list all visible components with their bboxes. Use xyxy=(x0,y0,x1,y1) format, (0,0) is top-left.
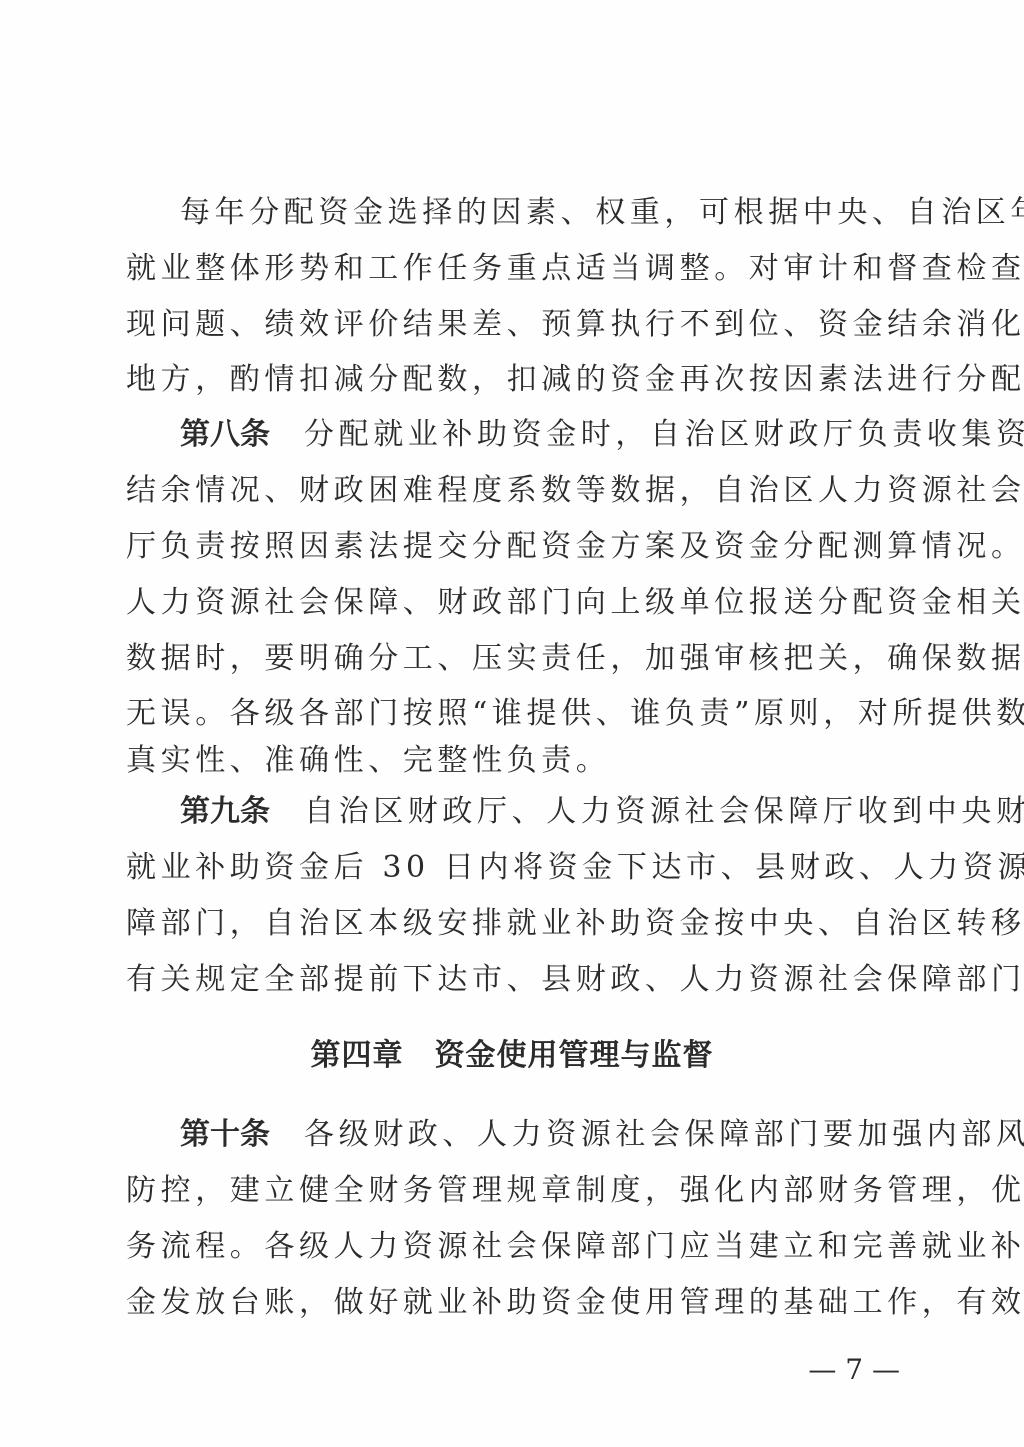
article-10-first-line: 第十条各级财政、人力资源社会保障部门要加强内部风险 xyxy=(180,1115,898,1155)
page-number: — 7 — xyxy=(760,1352,900,1388)
text-line: 就业补助资金后 30 日内将资金下达市、县财政、人力资源社会保 xyxy=(126,848,898,888)
text-span: 自治区财政厅、人力资源社会保障厅收到中央财政 xyxy=(304,794,1024,829)
text-line: 厅负责按照因素法提交分配资金方案及资金分配测算情况。各级 xyxy=(126,527,898,567)
document-page: 每年分配资金选择的因素、权重，可根据中央、自治区年度 就业整体形势和工作任务重点… xyxy=(0,0,1024,1447)
text-line: 金发放台账，做好就业补助资金使用管理的基础工作，有效甄别 xyxy=(126,1283,898,1323)
text-line: 真实性、准确性、完整性负责。 xyxy=(126,741,898,781)
text-line: 有关规定全部提前下达市、县财政、人力资源社会保障部门。 xyxy=(126,960,898,1000)
article-10-label: 第十条 xyxy=(180,1117,270,1152)
text-span: 各级财政、人力资源社会保障部门要加强内部风险 xyxy=(304,1117,1024,1152)
chapter-heading: 第四章 资金使用管理与监督 xyxy=(0,1036,1024,1076)
text-line: 每年分配资金选择的因素、权重，可根据中央、自治区年度 xyxy=(180,193,898,233)
text-line: 数据时，要明确分工、压实责任，加强审核把关，确保数据真实 xyxy=(126,639,898,679)
article-9-label: 第九条 xyxy=(180,794,270,829)
text-line: 就业整体形势和工作任务重点适当调整。对审计和督查检查中发 xyxy=(126,249,898,289)
article-9-first-line: 第九条自治区财政厅、人力资源社会保障厅收到中央财政 xyxy=(180,792,898,832)
article-8-first-line: 第八条分配就业补助资金时，自治区财政厅负责收集资金 xyxy=(180,415,898,455)
text-line: 结余情况、财政困难程度系数等数据，自治区人力资源社会保障 xyxy=(126,471,898,511)
text-line: 地方，酌情扣减分配数，扣减的资金再次按因素法进行分配。 xyxy=(126,360,898,400)
text-span: 分配就业补助资金时，自治区财政厅负责收集资金 xyxy=(304,417,1024,452)
article-8-label: 第八条 xyxy=(180,417,270,452)
text-line: 现问题、绩效评价结果差、预算执行不到位、资金结余消化慢的 xyxy=(126,305,898,345)
text-line: 障部门，自治区本级安排就业补助资金按中央、自治区转移支付 xyxy=(126,904,898,944)
text-line: 防控，建立健全财务管理规章制度，强化内部财务管理，优化业 xyxy=(126,1171,898,1211)
text-line: 无误。各级各部门按照“谁提供、谁负责”原则，对所提供数据的 xyxy=(126,694,898,734)
text-line: 务流程。各级人力资源社会保障部门应当建立和完善就业补助资 xyxy=(126,1227,898,1267)
text-line: 人力资源社会保障、财政部门向上级单位报送分配资金相关基础 xyxy=(126,583,898,623)
